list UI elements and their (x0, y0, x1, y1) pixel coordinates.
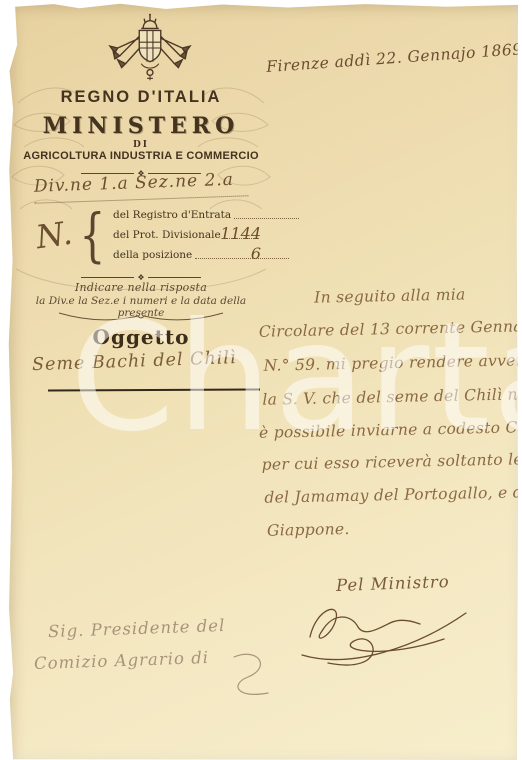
ministry-di: DI (26, 140, 256, 150)
body-line: Circolare del 13 corrente Gennajo (259, 317, 518, 341)
registry-row-posizione: della posizione 6 (113, 244, 261, 261)
protocol-number-block: N. { del Registro d'Entrata del Prot. Di… (36, 206, 261, 264)
document-scan: REGNO D'ITALIA MINISTERO DI AGRICOLTURA … (0, 0, 522, 760)
addressee-line1: Sig. Presidente del (48, 616, 226, 641)
addressee-line2: Comizio Agrario di (34, 648, 210, 673)
curly-underbrace-ornament (56, 310, 226, 324)
registry-value: 1144 (220, 224, 261, 243)
addressee-flourish (224, 645, 284, 705)
registry-label: della posizione (113, 249, 192, 261)
letter-paper: REGNO D'ITALIA MINISTERO DI AGRICOLTURA … (8, 3, 518, 760)
kingdom-title: REGNO D'ITALIA (26, 88, 256, 107)
brace-icon: { (80, 206, 106, 264)
coat-of-arms-icon (106, 12, 194, 86)
registry-value: 6 (251, 244, 261, 263)
dotted-fill (234, 218, 299, 219)
body-line: N.° 59. mi pregio rendere avvertita (263, 351, 518, 375)
department-title: AGRICOLTURA INDUSTRIA E COMMERCIO (14, 150, 268, 162)
registry-row-entrata: del Registro d'Entrata (113, 209, 261, 221)
body-line: Giappone. (267, 520, 350, 540)
body-line: è possibile inviarne a codesto Comizio, (259, 417, 518, 442)
registry-row-divisionale: del Prot. Divisionale 1144 (113, 224, 261, 241)
body-line: del Jamamay del Portogallo, e del (264, 483, 518, 507)
subject-label: Oggetto (26, 325, 256, 349)
ministry-title: MINISTERO (18, 113, 264, 139)
division-section-line: Div.ne 1.a Sez.ne 2.a (34, 169, 249, 203)
dotted-fill (195, 258, 289, 259)
registry-label: del Prot. Divisionale (113, 229, 221, 241)
date-line: Firenze addì 22. Gennajo 1869. (266, 40, 518, 76)
minister-signature (294, 597, 479, 677)
letter-body: In seguito alla mia Circolare del 13 cor… (256, 284, 518, 290)
subject-underline (48, 388, 260, 391)
number-label: N. (34, 214, 75, 257)
registry-label: del Registro d'Entrata (113, 209, 231, 221)
closing-role: Pel Ministro (336, 572, 450, 595)
subject-value: Seme Bachi del Chilì (32, 347, 273, 375)
reply-instruction-line1: Indicare nella risposta (26, 281, 256, 294)
registry-rows: del Registro d'Entrata del Prot. Divisio… (111, 209, 261, 261)
body-line: la S. V. che del seme del Chilì non (262, 385, 518, 409)
body-line: per cui esso riceverà soltanto le tre qu… (262, 449, 518, 474)
body-line: In seguito alla mia (314, 285, 466, 306)
